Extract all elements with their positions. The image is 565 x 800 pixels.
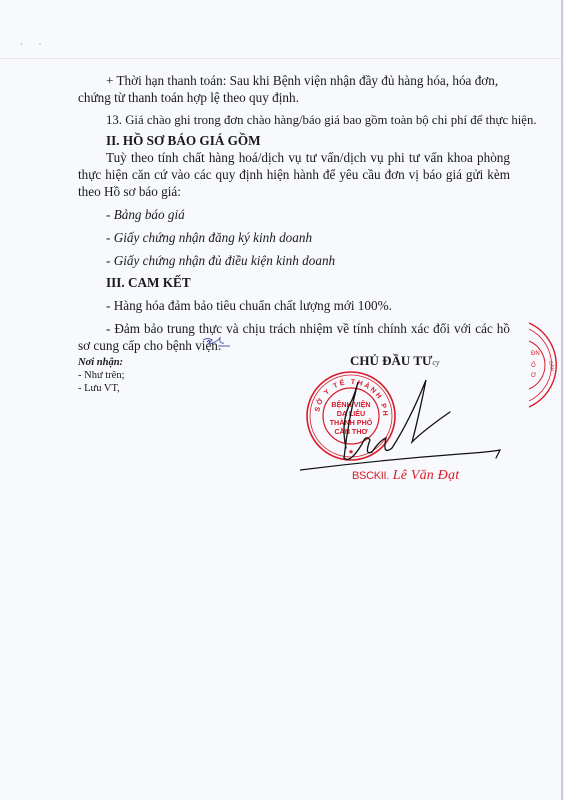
section-2-heading: II. HỒ SƠ BÁO GIÁ GỒM <box>78 132 510 149</box>
initial-mark-icon <box>202 334 232 348</box>
document-body: + Thời hạn thanh toán: Sau khi Bệnh viện… <box>78 72 510 354</box>
svg-text:Ố: Ố <box>531 362 536 369</box>
signer-degree: BSCKII. <box>352 470 389 482</box>
svg-text:CẦN: CẦN <box>547 360 556 372</box>
section-2-item: - Giấy chứng nhận đăng ký kinh doanh <box>78 229 510 246</box>
svg-text:ĐN: ĐN <box>531 351 540 357</box>
recipient-item: - Như trên; <box>78 369 125 382</box>
section-2-item: - Giấy chứng nhận đủ điều kiện kinh doan… <box>78 252 510 269</box>
recipient-item: - Lưu VT, <box>78 382 125 395</box>
signer-full-name: Lê Văn Đạt <box>393 468 460 483</box>
svg-text:Ơ: Ơ <box>531 373 536 379</box>
section-3-heading: III. CAM KẾT <box>78 274 510 291</box>
section-2-body: Tuỳ theo tính chất hàng hoá/dịch vụ tư v… <box>78 149 510 200</box>
recipients-title: Nơi nhận: <box>78 356 125 369</box>
section-3-item: - Đảm bảo trung thực và chịu trách nhiệm… <box>78 320 510 354</box>
recipients-block: Nơi nhận: - Như trên; - Lưu VT, <box>78 356 125 395</box>
section-3-item: - Hàng hóa đảm bảo tiêu chuẩn chất lượng… <box>78 297 510 314</box>
item-13: 13. Giá chào ghi trong đơn chào hàng/báo… <box>78 112 510 129</box>
page-top-rule <box>0 58 561 59</box>
scan-artifact: ·· <box>20 40 57 49</box>
signer-name: BSCKII. Lê Văn Đạt <box>352 468 459 484</box>
payment-terms-line-2: chứng từ thanh toán hợp lệ theo quy định… <box>78 89 510 106</box>
payment-terms-line-1: + Thời hạn thanh toán: Sau khi Bệnh viện… <box>78 72 510 89</box>
section-2-item: - Bảng báo giá <box>78 206 510 223</box>
